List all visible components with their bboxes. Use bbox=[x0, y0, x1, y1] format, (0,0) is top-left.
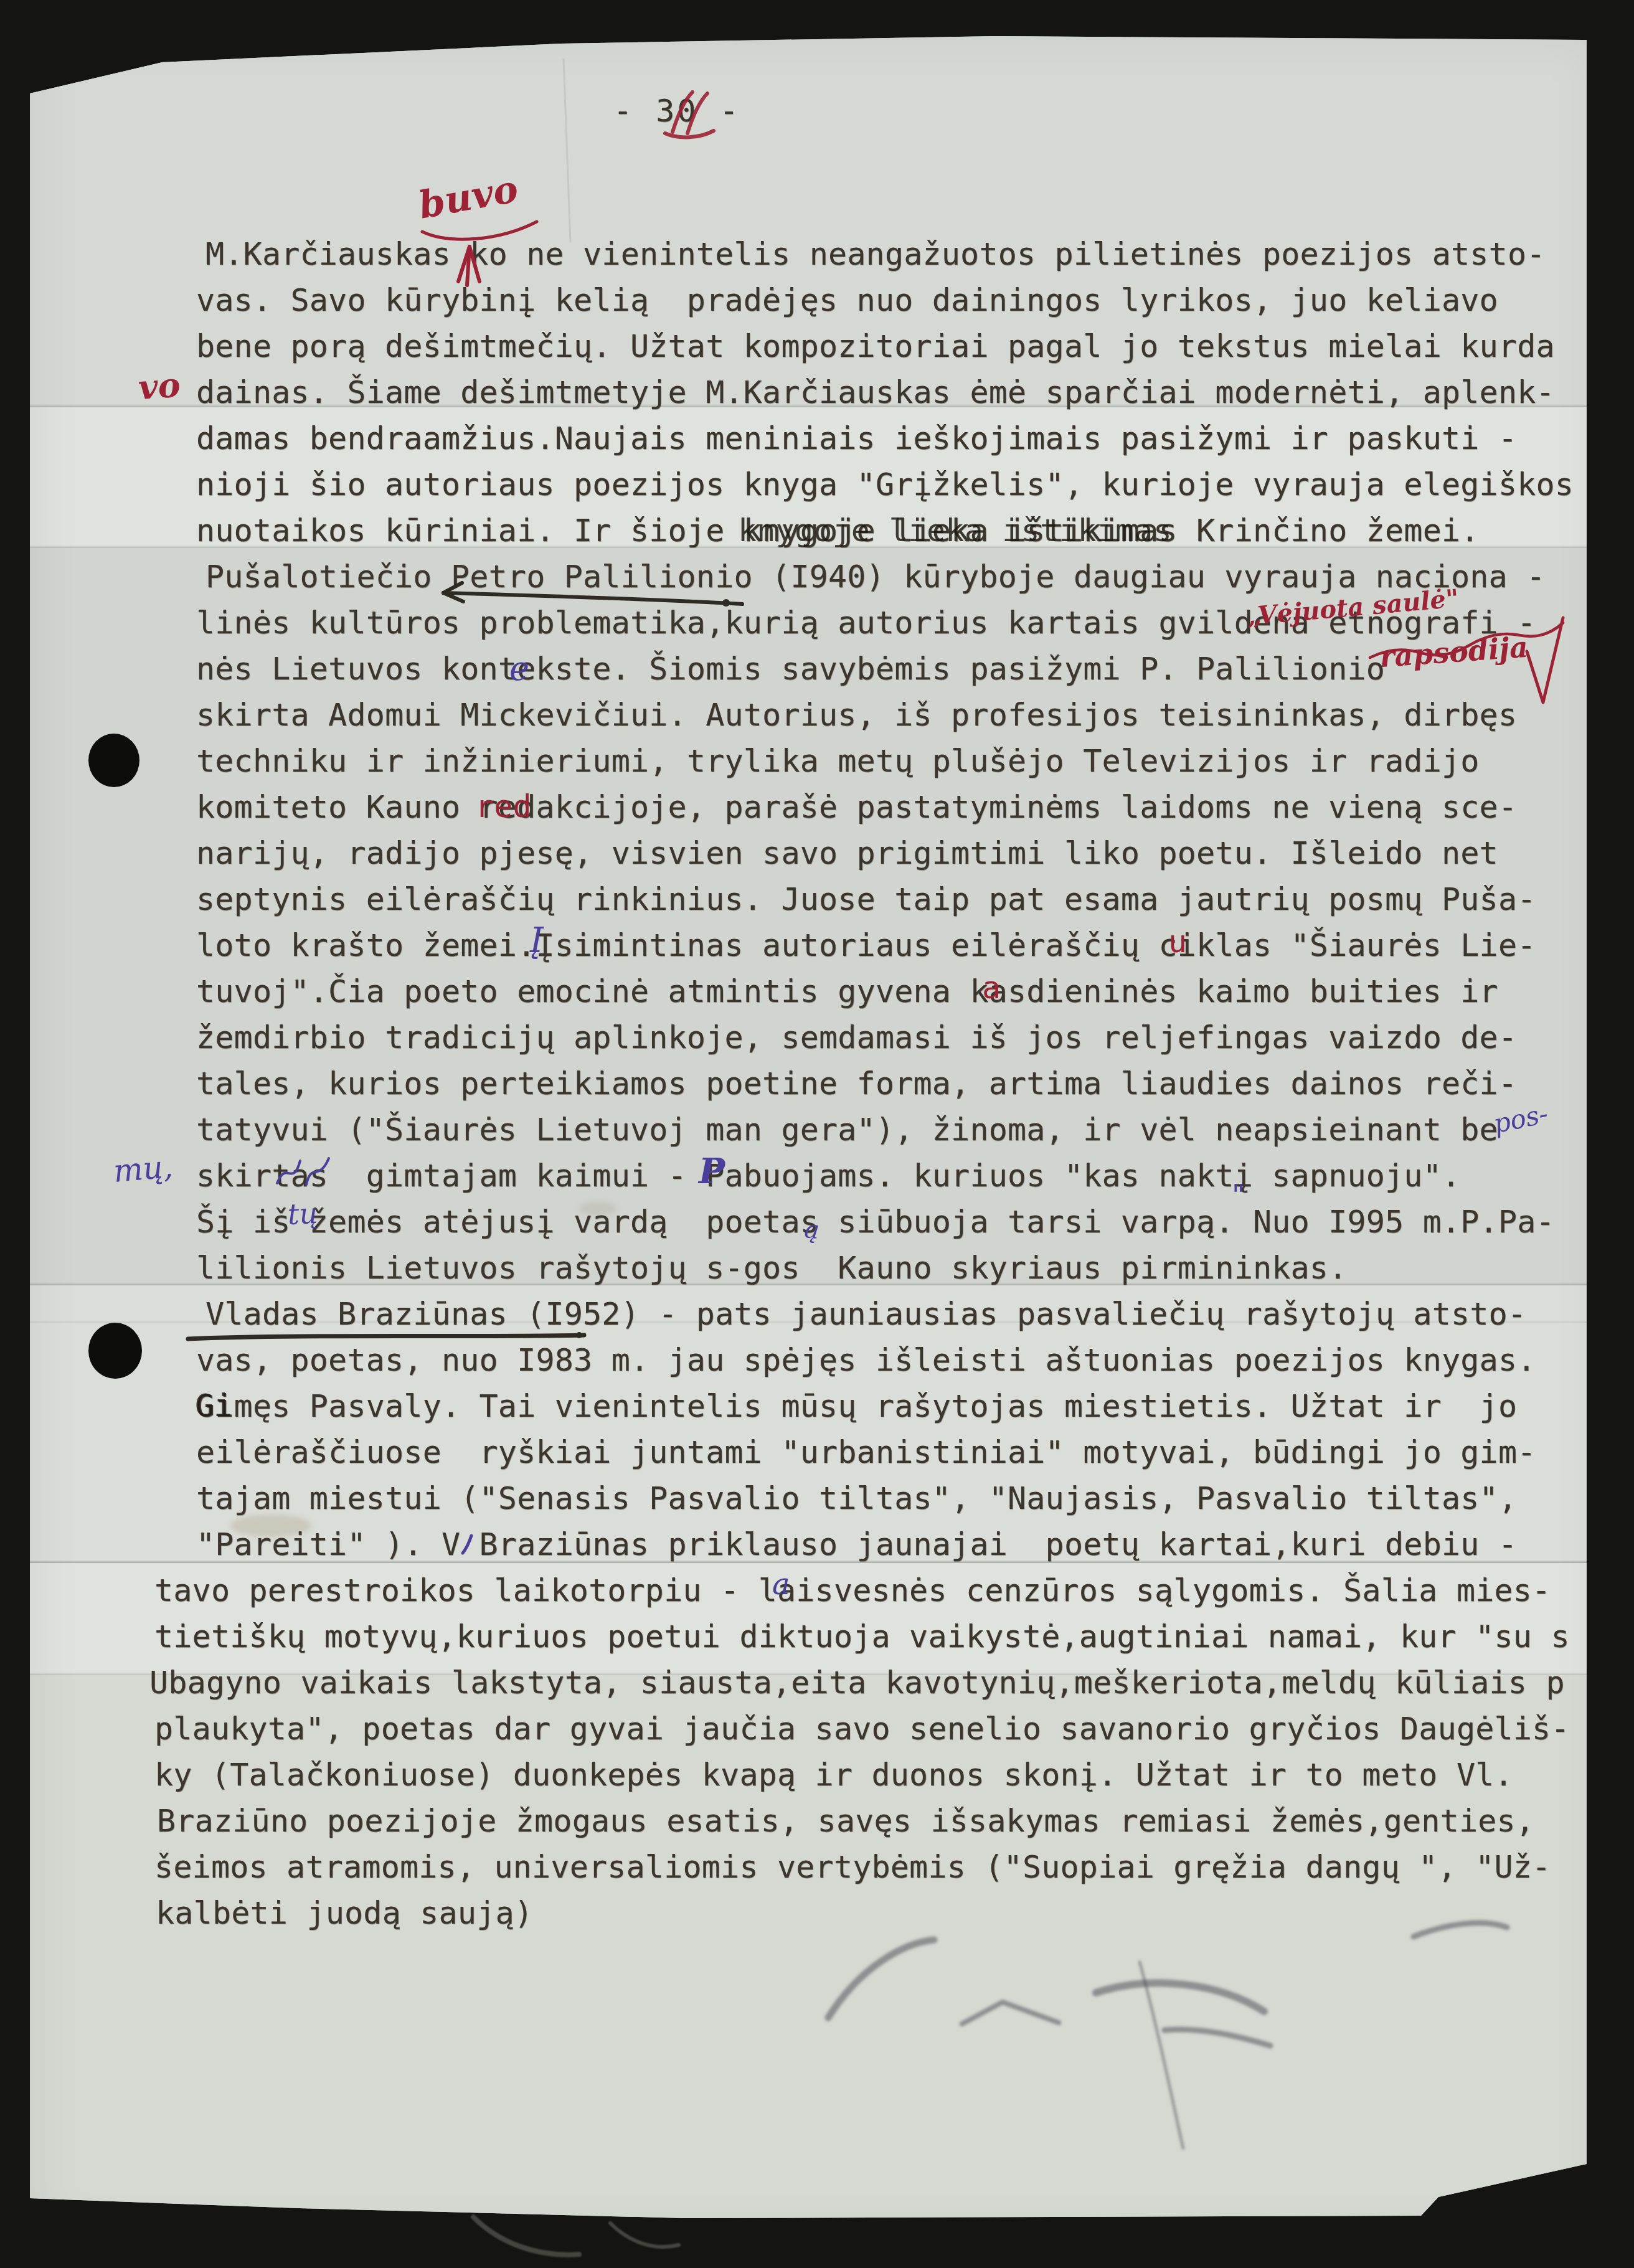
typed-line: Gimęs Pasvaly. Tai vienintelis mūsų rašy… bbox=[196, 1387, 1517, 1425]
red-overtype-u: u bbox=[1168, 923, 1187, 960]
typed-line: Braziūno poezijoje žmogaus esatis, savęs… bbox=[157, 1802, 1534, 1840]
overstrike-text: knygoje lieka ištikimas bbox=[738, 512, 1172, 549]
typed-line: damas bendraamžius.Naujais meniniais ieš… bbox=[196, 420, 1517, 457]
typed-line: "Pareiti" ). V Braziūnas priklauso jauna… bbox=[196, 1526, 1517, 1563]
overstrike-text: Gi bbox=[195, 1387, 233, 1424]
typed-line: Ubagyno vaikais lakstyta, siausta,eita k… bbox=[149, 1664, 1565, 1701]
red-overtype-red: red bbox=[475, 788, 532, 825]
typed-line: žemdirbio tradicijų aplinkoje, semdamasi… bbox=[196, 1019, 1517, 1056]
typed-line: tavo perestroikos laikotorpiu - laisvesn… bbox=[154, 1572, 1551, 1609]
typed-line: kalbėti juodą saują) bbox=[156, 1894, 533, 1932]
handwritten-correction-a-nosine: ą bbox=[803, 1215, 821, 1245]
typed-line: loto krašto žemei.Įsimintinas autoriaus … bbox=[196, 927, 1536, 964]
handwritten-correction-i-nosine: Į bbox=[529, 920, 543, 961]
handwritten-margin-vo: vo bbox=[137, 365, 182, 408]
typed-line: Šį iš žemės atėjusį vardą poetas siūbuoj… bbox=[196, 1203, 1555, 1240]
typed-line: nioji šio autoriaus poezijos knyga "Grįž… bbox=[196, 466, 1574, 503]
typed-line: tatyvui ("Šiaurės Lietuvoj man gera"), ž… bbox=[196, 1111, 1498, 1148]
typed-line: bene porą dešimtmečių. Užtat kompozitori… bbox=[196, 328, 1555, 365]
pencil-smudges-bottom bbox=[473, 2217, 679, 2255]
scanned-document: { "page": { "number": "- 30 -" }, "doc":… bbox=[0, 0, 1634, 2268]
typed-line: skirta Adomui Mickevičiui. Autorius, iš … bbox=[196, 696, 1517, 734]
handwritten-correction-p: P bbox=[699, 1151, 725, 1192]
typed-line: vas, poetas, nuo I983 m. jau spėjęs išle… bbox=[196, 1341, 1536, 1379]
typed-line: skirtas gimtajam kaimui - Pabuojams. kur… bbox=[196, 1157, 1460, 1194]
typed-line: vas. Savo kūrybinį kelią pradėjęs nuo da… bbox=[196, 281, 1498, 319]
typed-line: plaukyta", poetas dar gyvai jaučia savo … bbox=[154, 1710, 1570, 1747]
typed-line: techniku ir inžinieriumi, trylika metų p… bbox=[196, 742, 1480, 780]
typed-line: lilionis Lietuvos rašytojų s-gos Kauno s… bbox=[196, 1249, 1347, 1287]
typed-text-layer: - 30 - M.Karčiauskas ko ne vienintelis n… bbox=[0, 0, 1634, 2268]
typed-line: Vladas Braziūnas (I952) - pats jauniausi… bbox=[205, 1295, 1526, 1333]
handwritten-inserted-quote: " bbox=[1232, 1178, 1245, 1212]
typed-line: Pušalotiečio Petro Palilionio (I940) kūr… bbox=[205, 558, 1545, 595]
typed-line: dainas. Šiame dešimtmetyje M.Karčiauskas… bbox=[196, 374, 1555, 411]
typed-line: eilėraščiuose ryškiai juntami "urbanisti… bbox=[196, 1434, 1536, 1471]
typed-line: septynis eilėraščių rinkinius. Juose tai… bbox=[196, 881, 1536, 918]
handwritten-margin-mu: mų, bbox=[112, 1148, 174, 1189]
typed-line: nės Lietuvos kontekste. Šiomis savybėmis… bbox=[196, 650, 1385, 687]
page-number: - 30 - bbox=[613, 93, 741, 128]
typed-line: tietiškų motyvų,kuriuos poetui diktuoja … bbox=[154, 1618, 1570, 1655]
handwritten-correction-e: e bbox=[509, 649, 529, 688]
handwritten-correction-lais-a: a bbox=[772, 1567, 790, 1602]
typed-line: komiteto Kauno redakcijoje, parašė pasta… bbox=[196, 788, 1517, 826]
typed-line: tajam miestui ("Senasis Pasvalio tiltas"… bbox=[196, 1480, 1517, 1517]
red-overtype-a: a bbox=[982, 969, 1001, 1006]
typed-line: tuvoj".Čia poeto emocinė atmintis gyvena… bbox=[196, 973, 1498, 1010]
handwritten-correction-tu: tų bbox=[287, 1196, 319, 1231]
typed-line: šeimos atramomis, universaliomis vertybė… bbox=[154, 1848, 1551, 1886]
paper-sheet: - 30 - M.Karčiauskas ko ne vienintelis n… bbox=[0, 0, 1634, 2268]
typed-line: M.Karčiauskas ko ne vienintelis neangažu… bbox=[205, 235, 1545, 273]
typed-line: ky (Talačkoniuose) duonkepės kvapą ir du… bbox=[154, 1756, 1513, 1793]
typed-line: narijų, radijo pjesę, visvien savo prigi… bbox=[196, 834, 1498, 872]
typed-line: tales, kurios perteikiamos poetine forma… bbox=[196, 1065, 1517, 1102]
